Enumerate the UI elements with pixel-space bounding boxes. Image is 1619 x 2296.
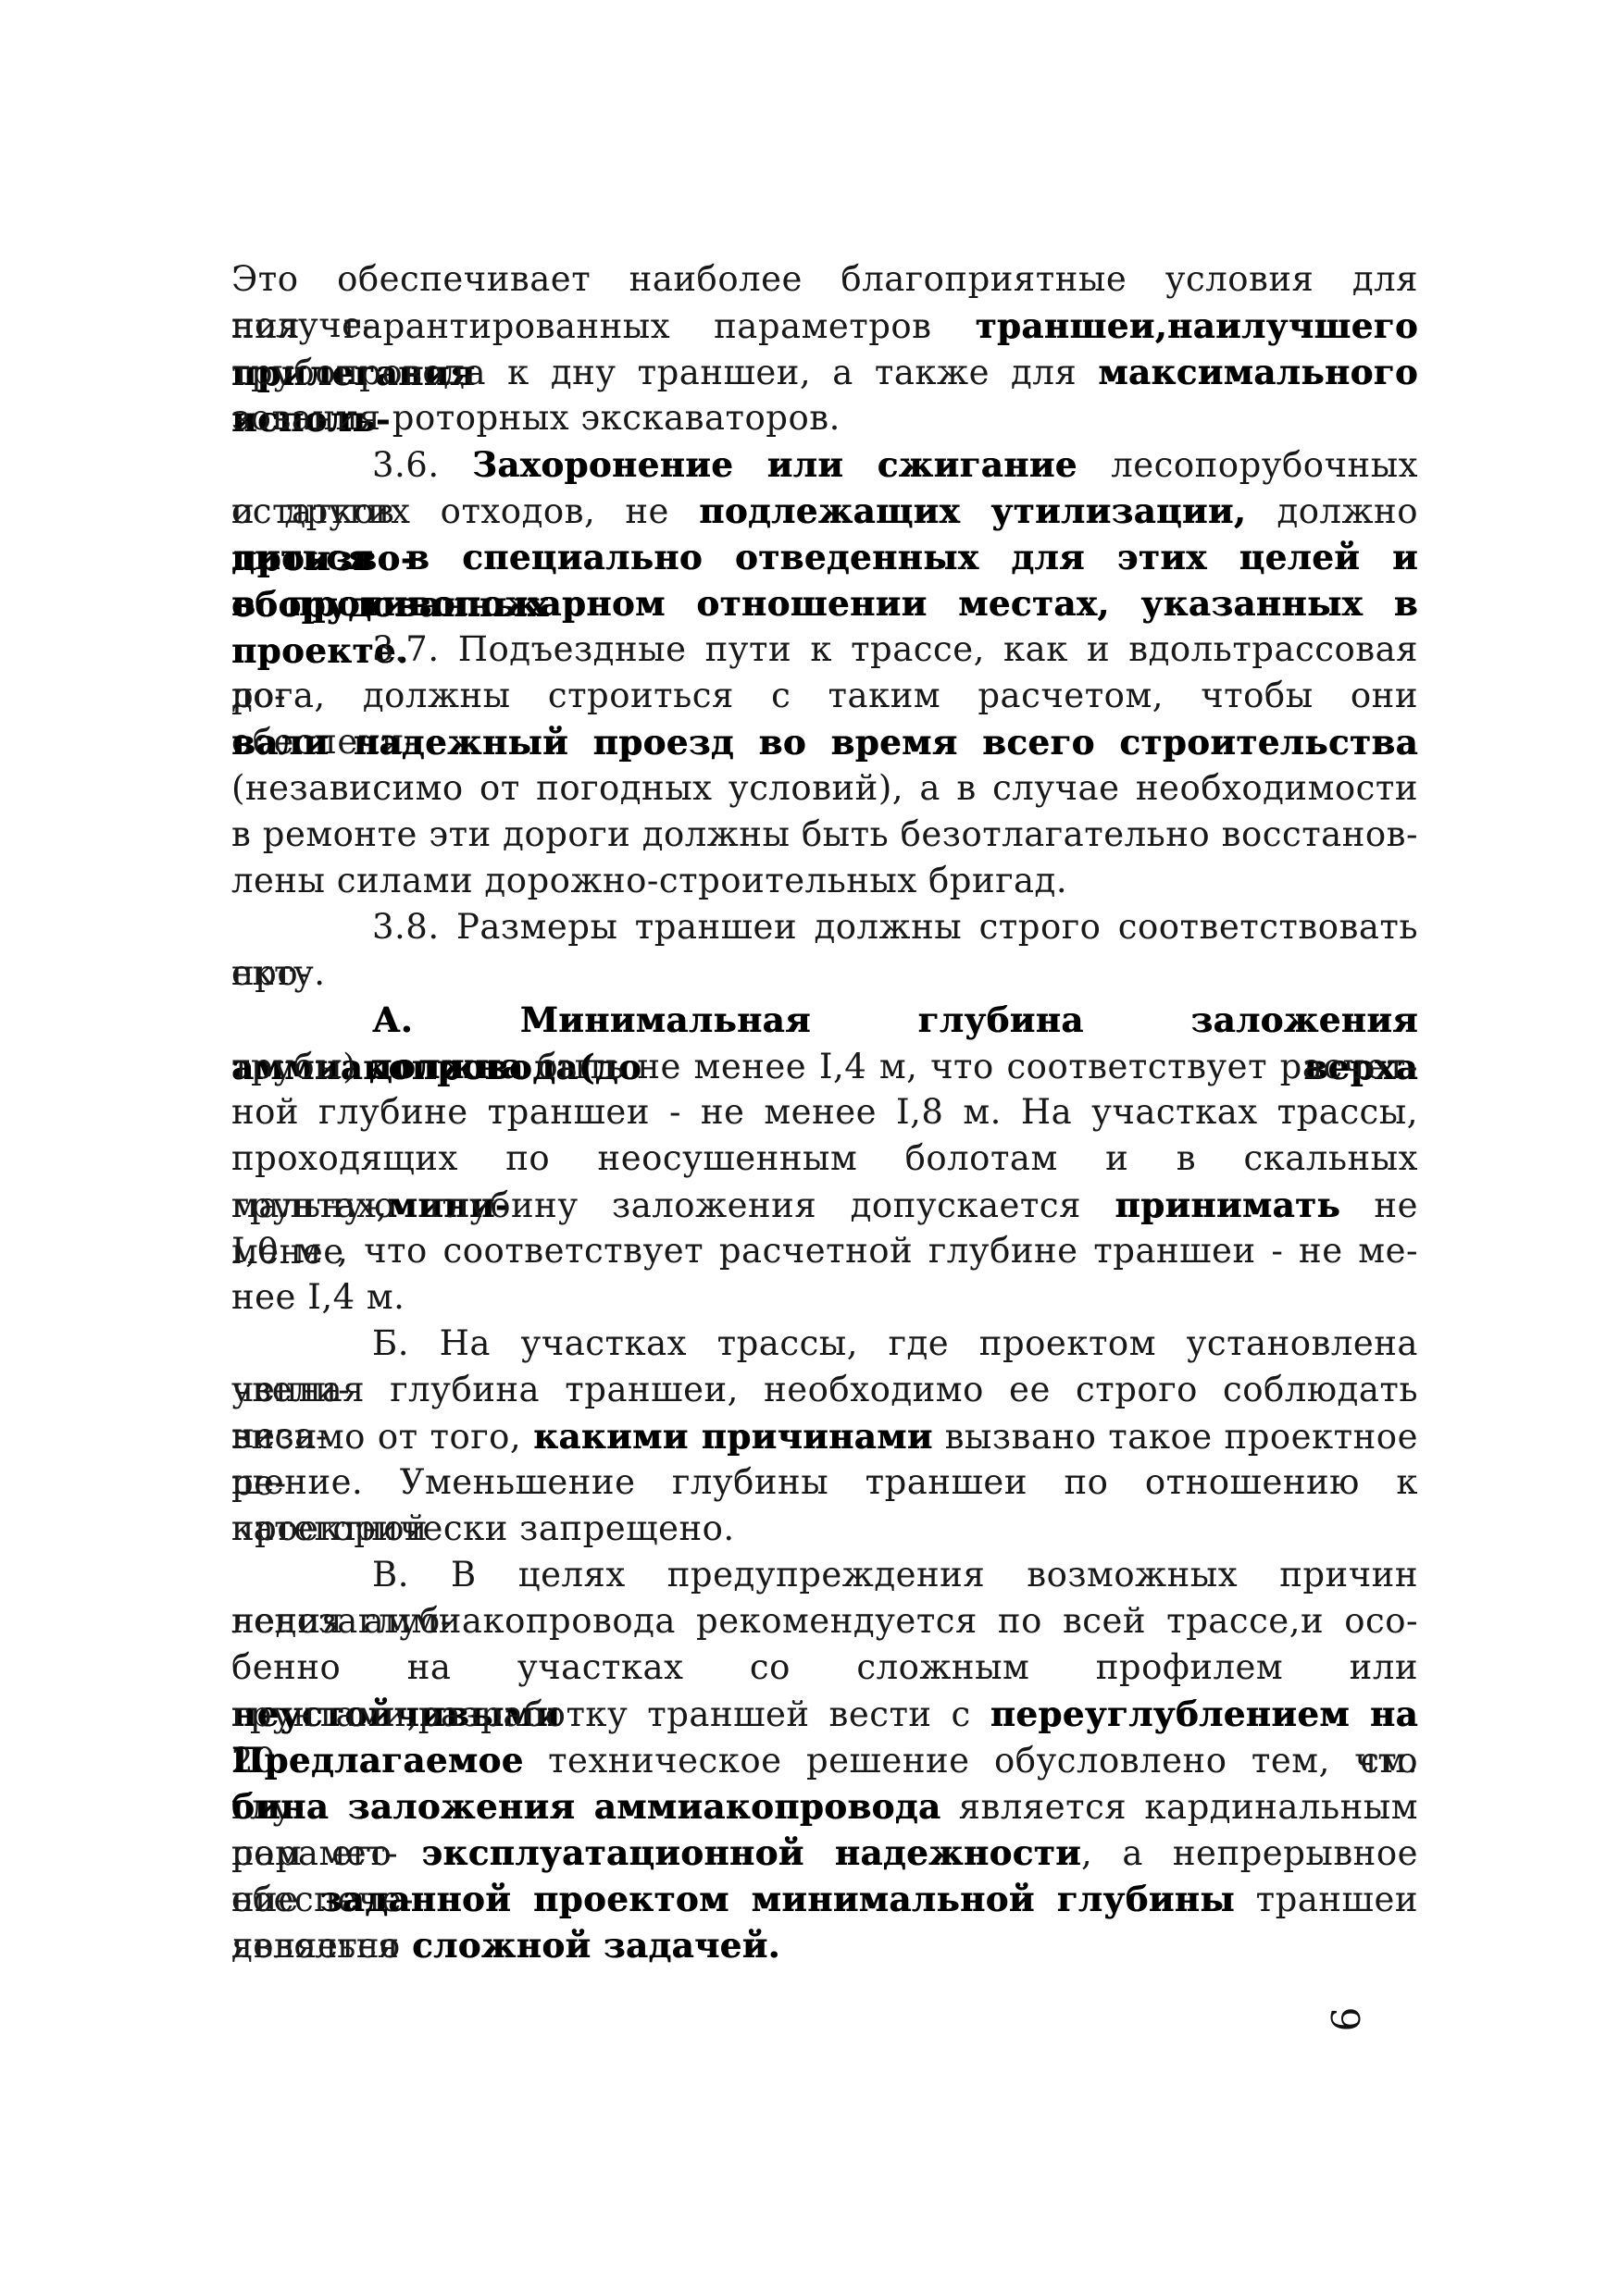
text-line: мальную глубину заложения допускается пр… — [231, 1182, 1418, 1228]
overstruck-text: какими причинами — [533, 1416, 933, 1457]
text-line: категорически запрещено. — [231, 1506, 1418, 1552]
overstruck-text: должна — [369, 1046, 538, 1086]
typewriter-text: висимо от того, — [231, 1417, 533, 1457]
text-line: шение. Уменьшение глубины траншеи по отн… — [231, 1459, 1418, 1506]
text-line: 3.8. Размеры траншеи должны строго соотв… — [231, 904, 1418, 950]
text-line: Б. На участках трассы, где проектом уста… — [231, 1321, 1418, 1367]
typewriter-text: ления аммиакопровода рекомендуется по вс… — [231, 1601, 1418, 1641]
text-line: Это обеспечивает наиболее благоприятные … — [231, 256, 1418, 303]
typewriter-text: I,0 м , что соответствует расчетной глуб… — [231, 1231, 1418, 1271]
typewriter-text: трубы) — [231, 1047, 369, 1086]
typewriter-text: лены силами дорожно-строительных бригад. — [231, 861, 1067, 900]
typewriter-text: ния гарантированных параметров — [231, 306, 976, 346]
text-line: нее I,4 м. — [231, 1274, 1418, 1321]
typewriter-text: 3.6. — [372, 445, 472, 485]
text-line: вали надежный проезд во время всего стро… — [231, 719, 1418, 765]
text-line: I,0 м , что соответствует расчетной глуб… — [231, 1228, 1418, 1274]
overstruck-text: Предлагаемое — [231, 1740, 524, 1781]
text-line: трубы) должна быть не менее I,4 м, что с… — [231, 1043, 1418, 1089]
typewriter-text: довольно — [231, 1926, 412, 1966]
overstruck-text: заданной проектом минимальной глубины — [320, 1879, 1235, 1919]
text-line: екту. — [231, 950, 1418, 997]
overstruck-text: подлежащих утилизации, — [699, 490, 1277, 531]
text-line: проходящих по неосушенным болотам и в ск… — [231, 1136, 1418, 1182]
text-line: ние заданной проектом минимальной глубин… — [231, 1876, 1418, 1922]
document-text: Это обеспечивает наиболее благоприятные … — [231, 256, 1418, 1968]
overstruck-text: Захоронение или сжигание — [472, 444, 1111, 485]
typewriter-text: быть не менее I,4 м, что соответствует р… — [537, 1047, 1418, 1086]
text-line: лены силами дорожно-строительных бригад. — [231, 858, 1418, 904]
typewriter-text: мальную глубину заложения допускается — [231, 1185, 1115, 1225]
typewriter-text: трубопровода к дну траншеи, а также для — [231, 353, 1098, 392]
text-line: бина заложения аммиакопровода является к… — [231, 1783, 1418, 1830]
typewriter-text: ной глубине траншеи - не менее I,8 м. На… — [231, 1092, 1418, 1132]
text-line: довольно сложной задачей. — [231, 1922, 1418, 1968]
text-line: зования роторных экскаваторов. — [231, 395, 1418, 441]
text-line: рога, должны строиться с таким расчетом,… — [231, 673, 1418, 719]
page-number: 9 — [1322, 1997, 1366, 2042]
overstruck-text: принимать — [1115, 1185, 1340, 1225]
overstruck-text: бина заложения аммиакопровода — [231, 1786, 940, 1827]
text-line: ной глубине траншеи - не менее I,8 м. На… — [231, 1089, 1418, 1136]
typewriter-text: екту. — [231, 953, 326, 993]
text-line: 3.7. Подъездные пути к трассе, как и вдо… — [231, 627, 1418, 673]
text-line: А. Минимальная глубина заложения аммиако… — [231, 997, 1418, 1043]
text-line: ления аммиакопровода рекомендуется по вс… — [231, 1598, 1418, 1644]
typewriter-text: зования роторных экскаваторов. — [231, 398, 841, 438]
text-line: ром его эксплуатационной надежности, а н… — [231, 1830, 1418, 1876]
typewriter-text: должно — [1277, 491, 1429, 531]
overstruck-text: сложной задачей. — [412, 1925, 780, 1966]
text-line: ченная глубина траншеи, необходимо ее ст… — [231, 1367, 1418, 1413]
text-line: Предлагаемое техническое решение обуслов… — [231, 1737, 1418, 1783]
typewriter-text: и других отходов, не — [231, 491, 699, 531]
typewriter-text: (независимо от погодных условий), а в сл… — [231, 768, 1418, 808]
typewriter-text: в ремонте эти дороги должны быть безотла… — [231, 814, 1418, 854]
text-line: и других отходов, не подлежащих утилизац… — [231, 488, 1418, 534]
typewriter-text: нее I,4 м. — [231, 1277, 405, 1317]
text-line: бенно на участках со сложным профилем ил… — [231, 1644, 1418, 1691]
text-line: 3.6. Захоронение или сжигание лесопорубо… — [231, 441, 1418, 488]
typewriter-text: ром его — [231, 1833, 421, 1873]
typewriter-text: бенно на участках со сложным профилем ил… — [231, 1647, 1429, 1687]
text-line: В. В целях предупреждения возможных прич… — [231, 1552, 1418, 1598]
overstruck-text: вали надежный проезд во время всего стро… — [231, 722, 1418, 763]
overstruck-text: переуглублением на — [990, 1694, 1418, 1734]
text-line: ния гарантированных параметров траншеи,н… — [231, 303, 1418, 349]
text-line: в ремонте эти дороги должны быть безотла… — [231, 812, 1418, 858]
text-line: трубопровода к дну траншеи, а также для … — [231, 349, 1418, 395]
overstruck-text: эксплуатационной надежности — [421, 1832, 1081, 1873]
text-line: (независимо от погодных условий), а в сл… — [231, 765, 1418, 812]
typewriter-text: ние — [231, 1880, 320, 1919]
scanned-page: Это обеспечивает наиболее благоприятные … — [0, 0, 1619, 2296]
text-line: висимо от того, какими причинами вызвано… — [231, 1413, 1418, 1459]
typewriter-text: категорически запрещено. — [231, 1508, 735, 1548]
text-line: грунтами,разработку траншей вести с пере… — [231, 1691, 1418, 1737]
typewriter-text: грунтами,разработку траншей вести с — [231, 1694, 990, 1734]
text-line: диться в специально отведенных для этих … — [231, 534, 1418, 580]
text-line: в противопожарном отношении местах, указ… — [231, 580, 1418, 627]
